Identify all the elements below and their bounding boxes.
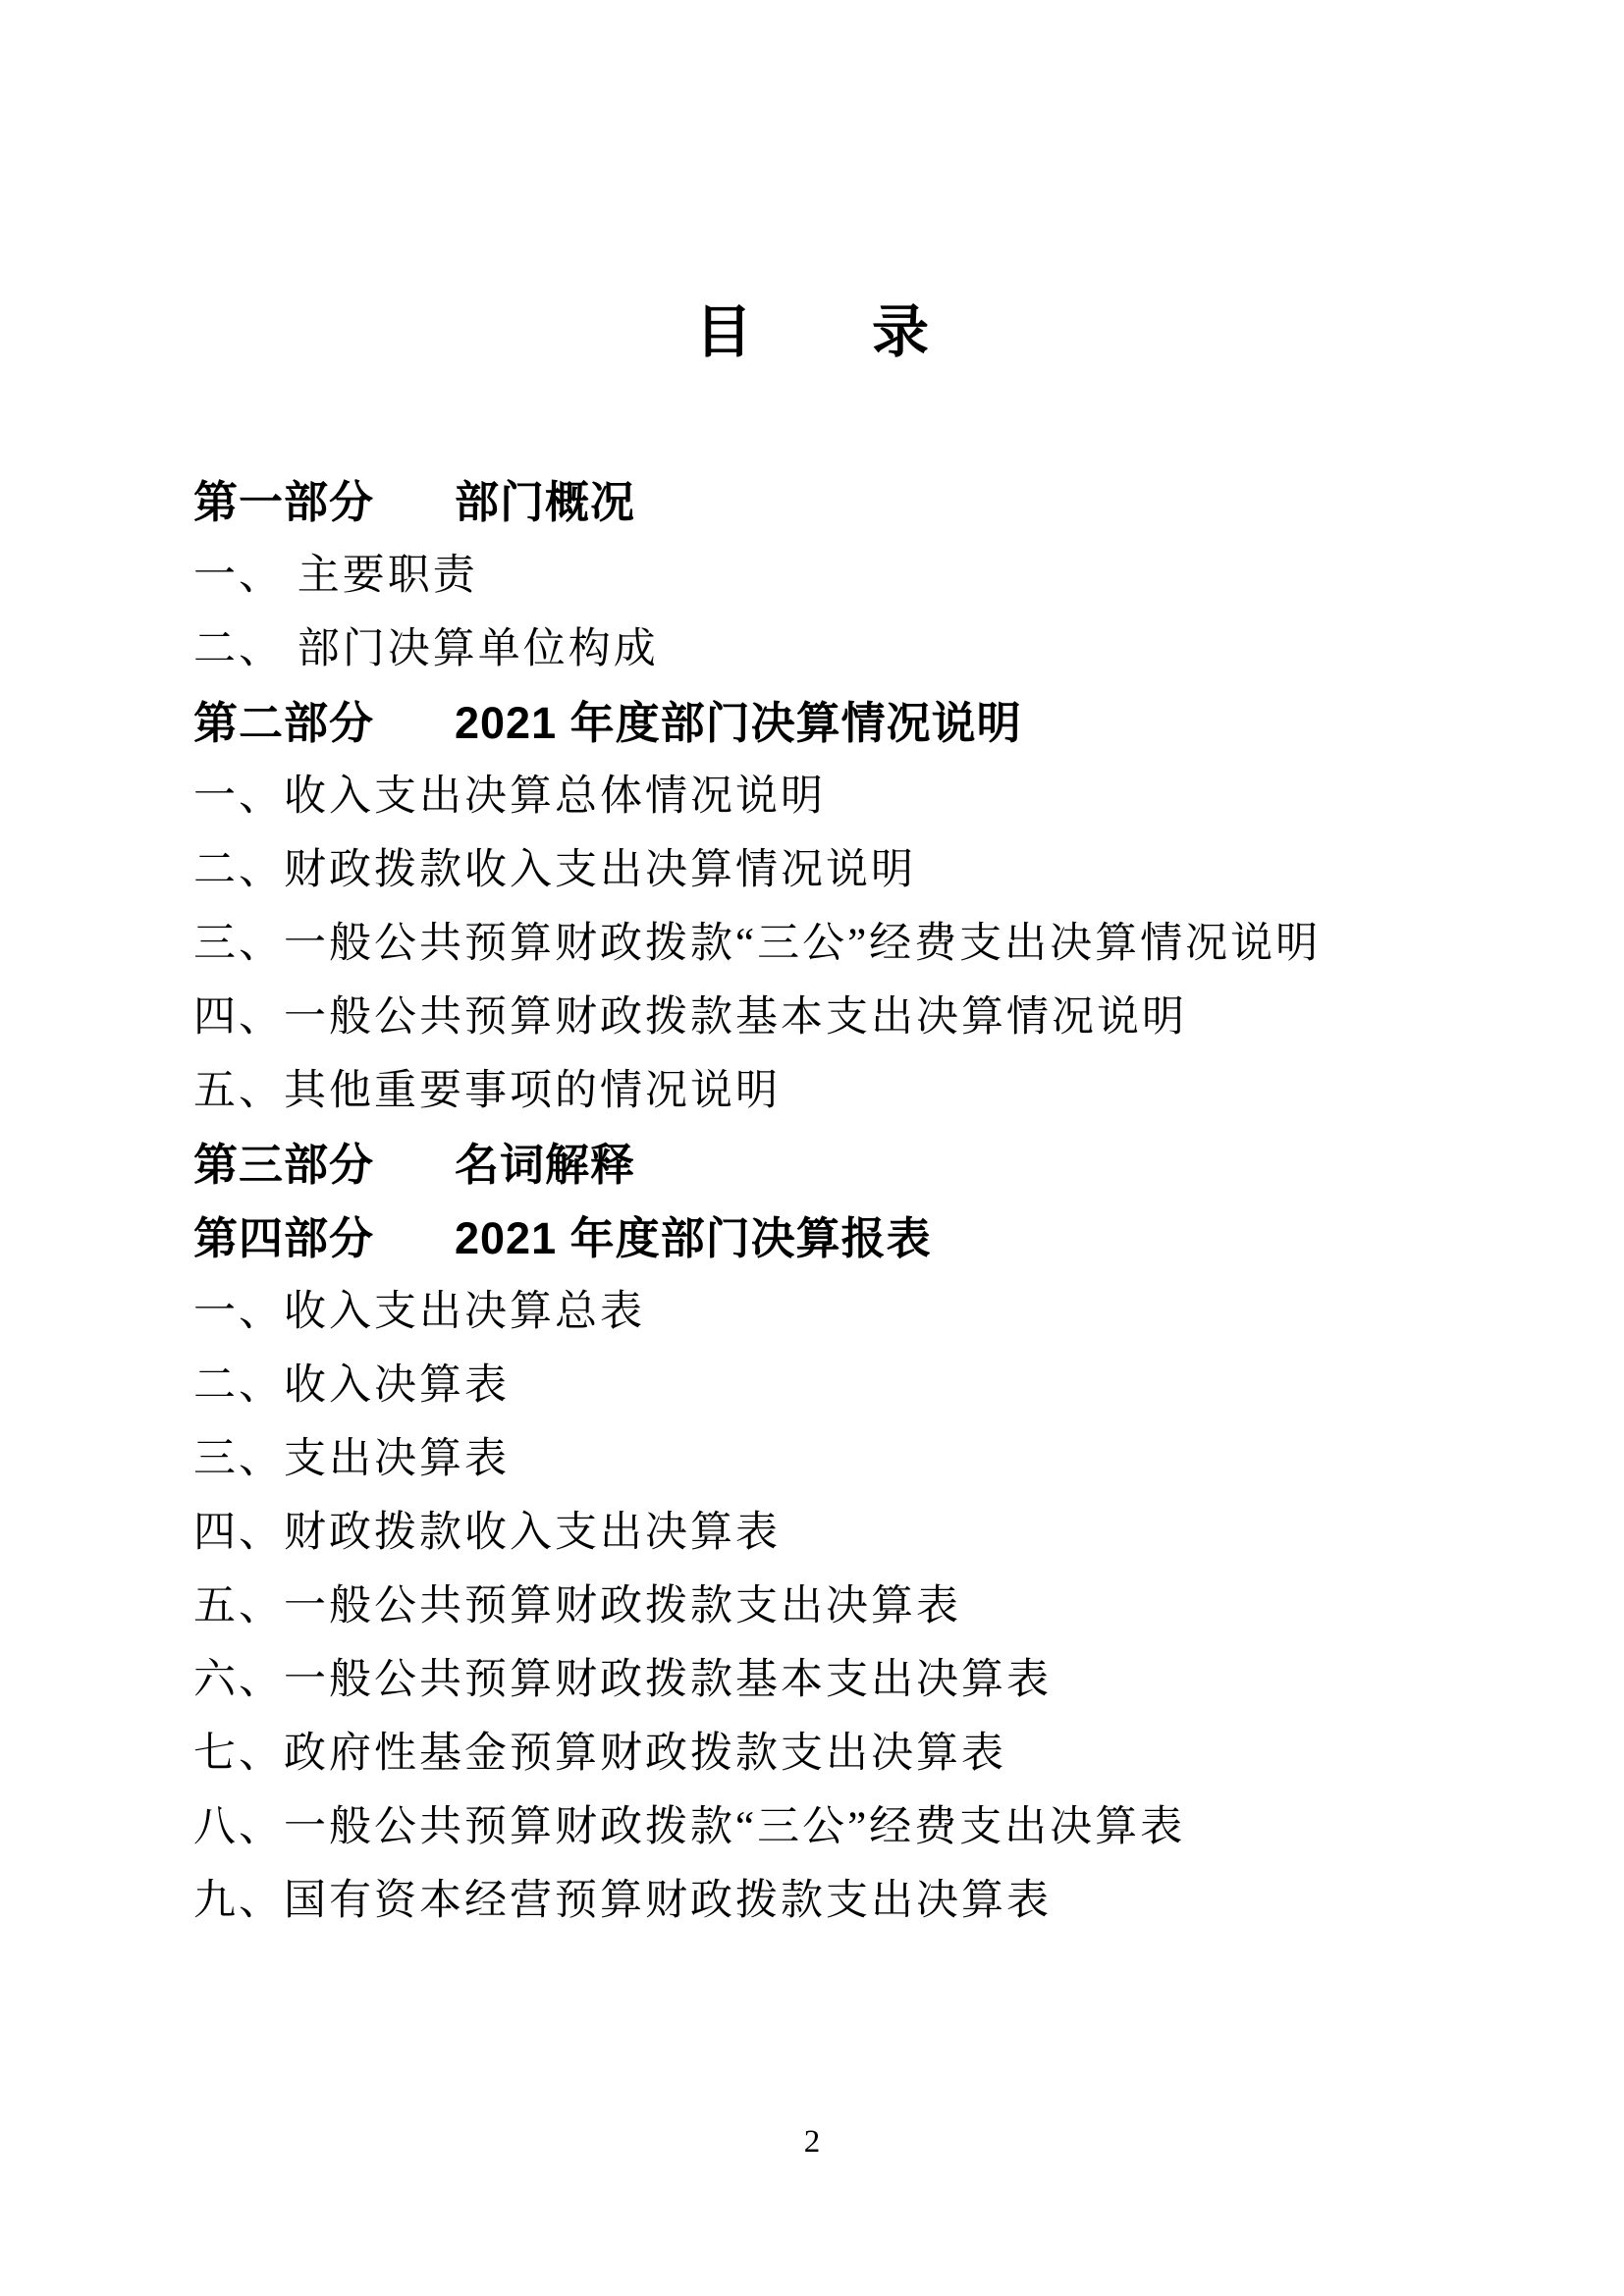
toc-section-heading: 第一部分部门概况 (193, 461, 1477, 535)
toc-section-title: 名词解释 (455, 1129, 635, 1193)
toc-section-label: 第二部分 (193, 687, 455, 751)
toc-section-heading: 第三部分名词解释 (193, 1124, 1477, 1198)
toc-section-title: 部门概况 (455, 466, 635, 530)
toc-item: 二、 部门决算单位构成 (193, 609, 1477, 682)
toc-item-text: 五、其他重要事项的情况说明 (193, 1057, 781, 1117)
page-title-char-2: 录 (872, 294, 929, 371)
toc-item-text: 三、一般公共预算财政拨款“三公”经费支出决算情况说明 (193, 910, 1321, 970)
toc-item: 六、一般公共预算财政拨款基本支出决算表 (193, 1639, 1477, 1713)
toc-item-text: 二、收入决算表 (193, 1352, 510, 1412)
toc-item-text: 四、一般公共预算财政拨款基本支出决算情况说明 (193, 984, 1187, 1043)
toc-item: 三、支出决算表 (193, 1418, 1477, 1492)
toc-item-text: 九、国有资本经营预算财政拨款支出决算表 (193, 1867, 1052, 1927)
toc-item-text: 五、一般公共预算财政拨款支出决算表 (193, 1573, 961, 1632)
toc-item-text: 四、财政拨款收入支出决算表 (193, 1499, 781, 1559)
toc-item: 四、一般公共预算财政拨款基本支出决算情况说明 (193, 977, 1477, 1050)
toc-item: 八、一般公共预算财政拨款“三公”经费支出决算表 (193, 1787, 1477, 1860)
toc-item: 四、财政拨款收入支出决算表 (193, 1492, 1477, 1566)
toc-item: 一、 主要职责 (193, 535, 1477, 609)
page-title-char-1: 目 (695, 294, 752, 371)
toc-item-text: 三、支出决算表 (193, 1425, 510, 1485)
toc-item-text: 二、财政拨款收入支出决算情况说明 (193, 836, 916, 896)
toc-item-text: 一、收入支出决算总体情况说明 (193, 763, 826, 823)
toc-item-text: 六、一般公共预算财政拨款基本支出决算表 (193, 1646, 1052, 1706)
toc-item-text: 八、一般公共预算财政拨款“三公”经费支出决算表 (193, 1793, 1185, 1853)
toc-item: 三、一般公共预算财政拨款“三公”经费支出决算情况说明 (193, 903, 1477, 977)
toc-item: 一、收入支出决算总表 (193, 1271, 1477, 1345)
document-page: 目 录 第一部分部门概况一、 主要职责二、 部门决算单位构成第二部分2021 年… (0, 0, 1624, 2296)
toc-item-text: 一、 主要职责 (193, 542, 478, 602)
page-title: 目 录 (0, 294, 1624, 371)
toc-section-label: 第三部分 (193, 1129, 455, 1193)
toc-item: 二、财政拨款收入支出决算情况说明 (193, 829, 1477, 903)
toc-item-text: 一、收入支出决算总表 (193, 1278, 645, 1338)
toc-item: 五、其他重要事项的情况说明 (193, 1050, 1477, 1124)
toc-item: 九、国有资本经营预算财政拨款支出决算表 (193, 1860, 1477, 1934)
toc-section-title: 2021 年度部门决算情况说明 (455, 687, 1022, 751)
toc-item: 五、一般公共预算财政拨款支出决算表 (193, 1566, 1477, 1639)
toc-section-label: 第一部分 (193, 466, 455, 530)
page-number: 2 (0, 2122, 1624, 2162)
toc-item: 二、收入决算表 (193, 1345, 1477, 1418)
toc-item-text: 二、 部门决算单位构成 (193, 615, 659, 675)
toc-section-heading: 第四部分2021 年度部门决算报表 (193, 1198, 1477, 1271)
toc-section-title: 2021 年度部门决算报表 (455, 1202, 932, 1266)
toc-section-heading: 第二部分2021 年度部门决算情况说明 (193, 682, 1477, 756)
toc-item-text: 七、政府性基金预算财政拨款支出决算表 (193, 1720, 1006, 1780)
toc-section-label: 第四部分 (193, 1202, 455, 1266)
toc-item: 一、收入支出决算总体情况说明 (193, 756, 1477, 829)
toc-item: 七、政府性基金预算财政拨款支出决算表 (193, 1713, 1477, 1787)
table-of-contents: 第一部分部门概况一、 主要职责二、 部门决算单位构成第二部分2021 年度部门决… (193, 461, 1477, 1934)
